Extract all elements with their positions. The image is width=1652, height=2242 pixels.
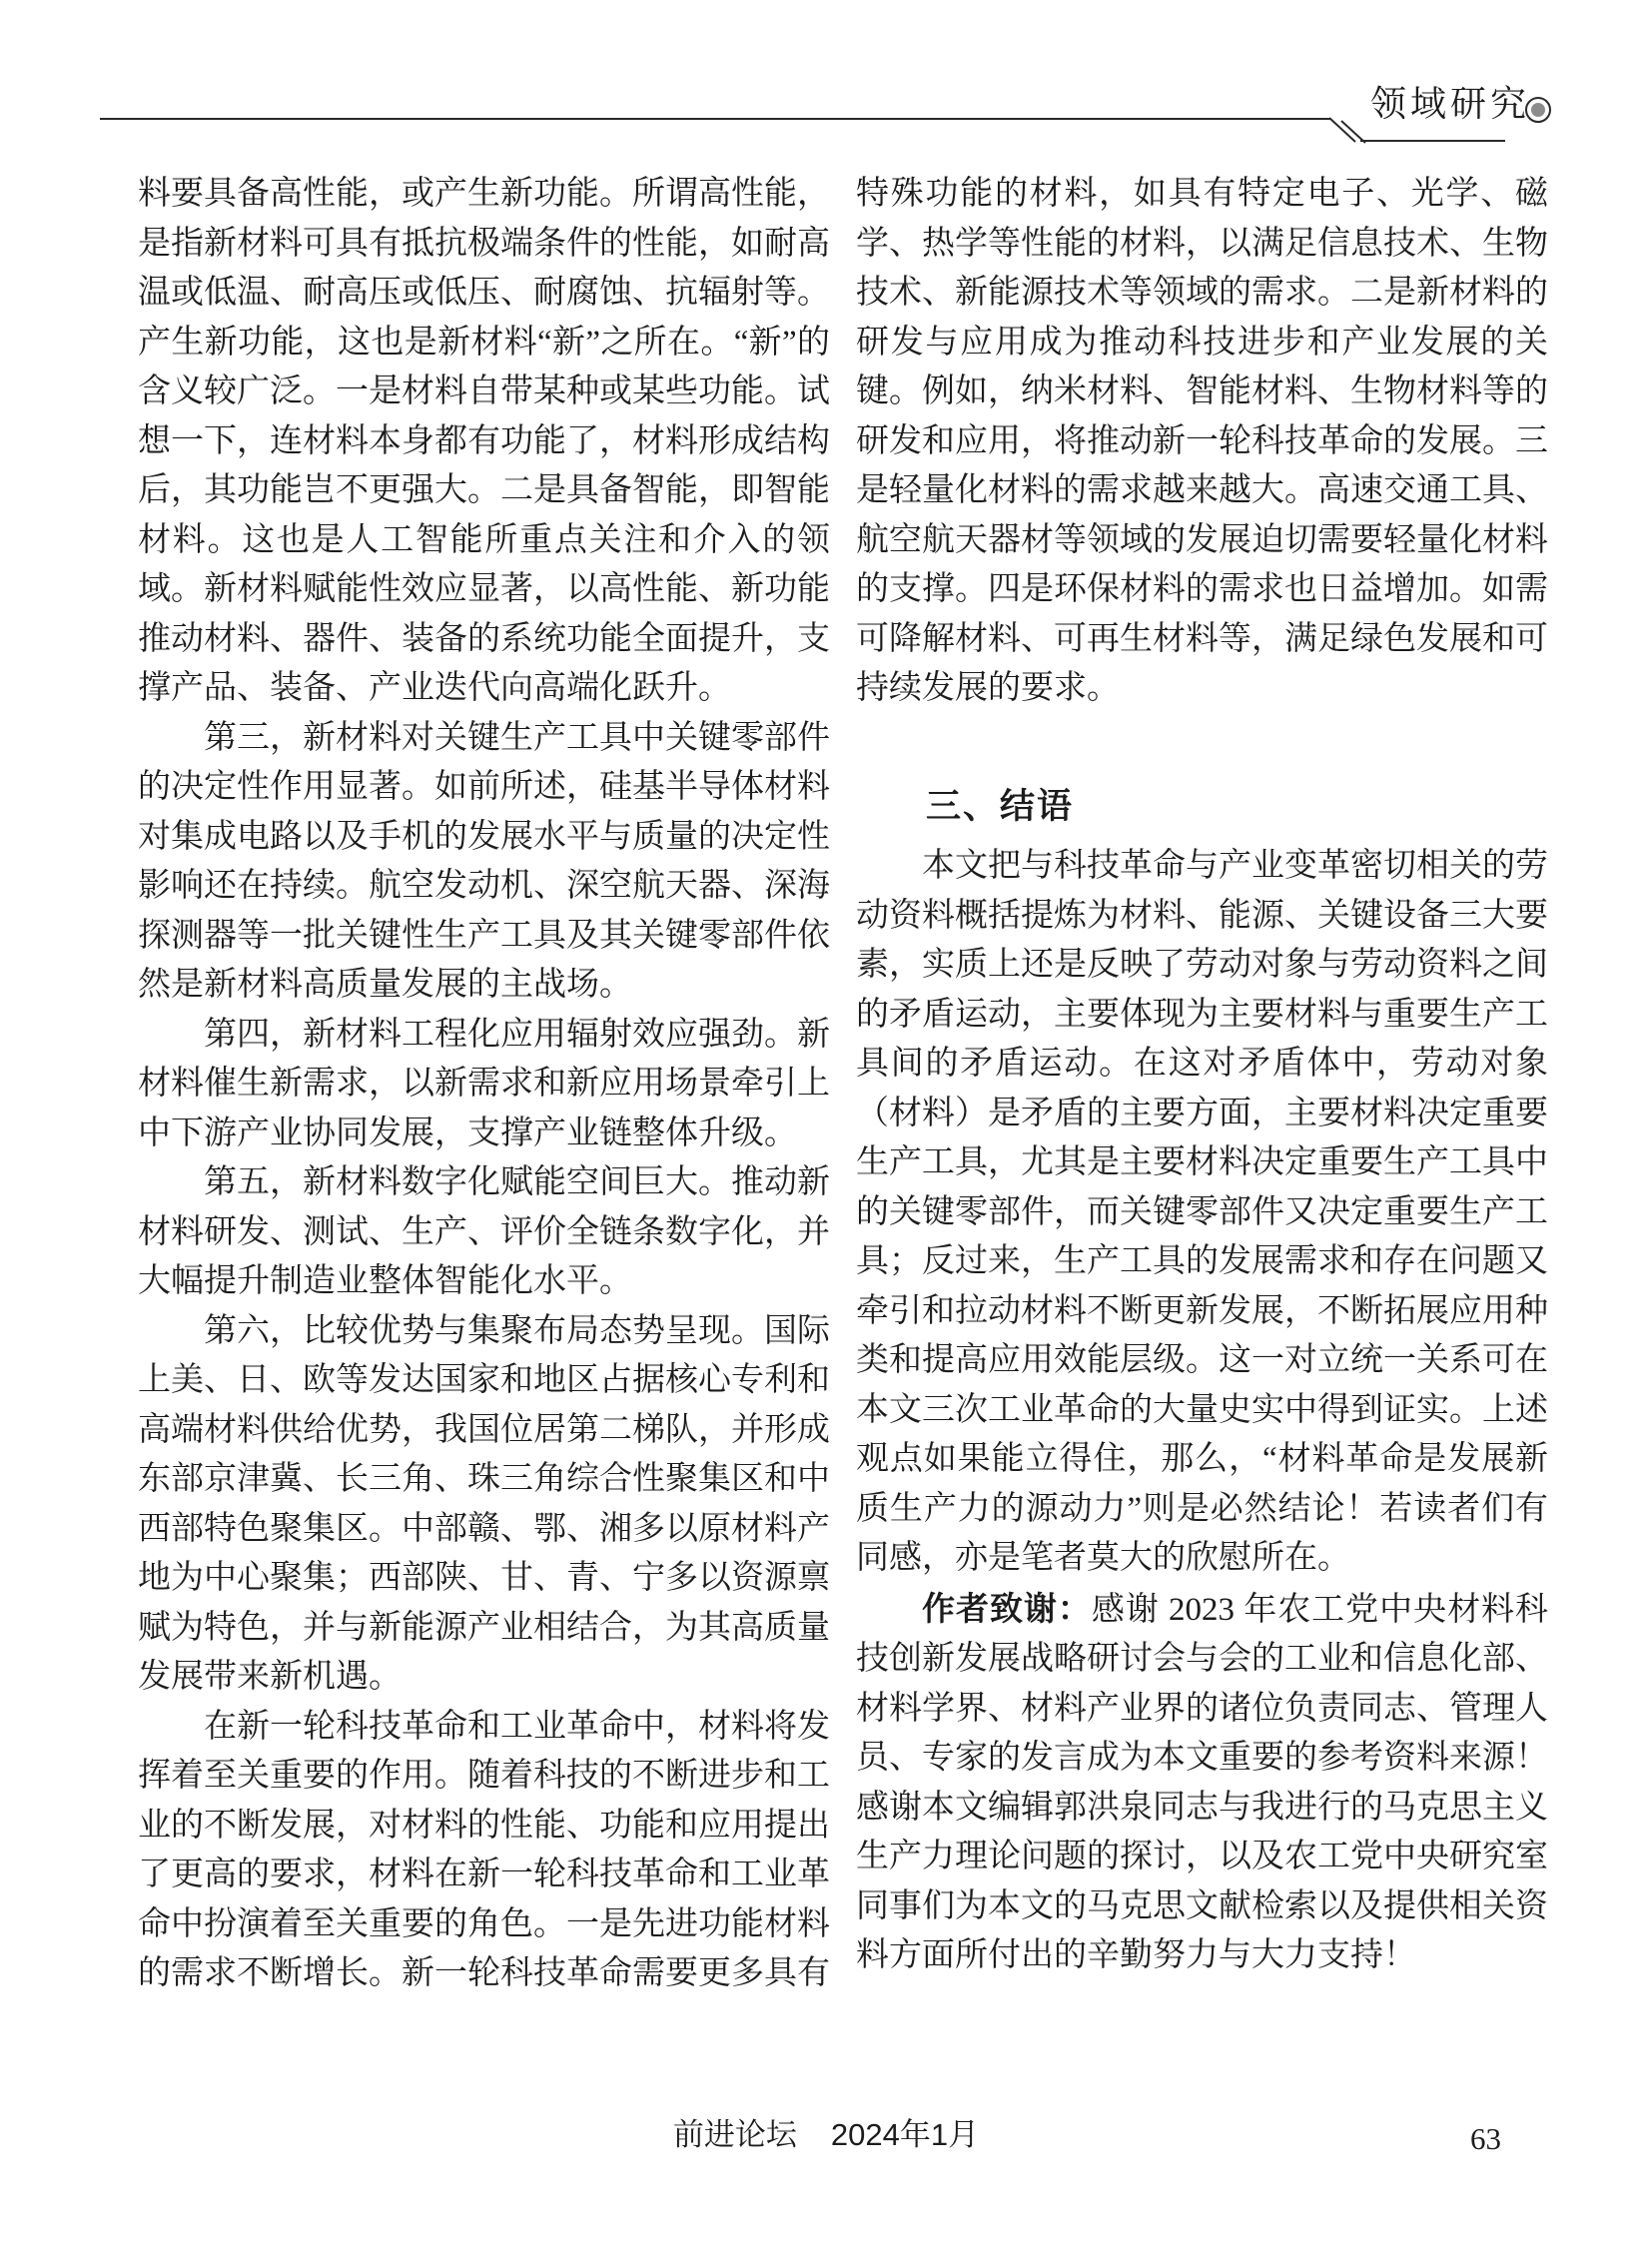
conclusion-section-heading: 三、结语	[856, 782, 1548, 832]
body-paragraph: 料要具备高性能，或产生新功能。所谓高性能，是指新材料可具有抵抗极端条件的性能，如…	[138, 170, 830, 714]
body-paragraph: 第五，新材料数字化赋能空间巨大。推动新材料研发、测试、生产、评价全链条数字化，并…	[138, 1158, 830, 1307]
acknowledgement-text: 感谢 2023 年农工党中央材料科技创新发展战略研讨会与会的工业和信息化部、材料…	[856, 1592, 1548, 1974]
body-paragraph: 第四，新材料工程化应用辐射效应强劲。新材料催生新需求，以新需求和新应用场景牵引上…	[138, 1011, 830, 1159]
footer: 前进论坛2024年1月	[0, 2115, 1652, 2155]
footer-issue-date: 2024年1月	[831, 2117, 979, 2152]
body-paragraph: 在新一轮科技革命和工业革命中，材料将发挥着至关重要的作用。随着科技的不断进步和工…	[138, 1703, 830, 1999]
body-paragraph: 第六，比较优势与集聚布局态势呈现。国际上美、日、欧等发达国家和地区占据核心专利和…	[138, 1307, 830, 1703]
body-paragraph: 特殊功能的材料，如具有特定电子、光学、磁学、热学等性能的材料，以满足信息技术、生…	[856, 170, 1548, 714]
journal-page: 领域研究 料要具备高性能，或产生新功能。所谓高性能，是指新材料可具有抵抗极端条件…	[0, 0, 1652, 2242]
acknowledgement-paragraph: 作者致谢：感谢 2023 年农工党中央材料科技创新发展战略研讨会与会的工业和信息…	[856, 1584, 1548, 1981]
right-text-column: 特殊功能的材料，如具有特定电子、光学、磁学、热学等性能的材料，以满足信息技术、生…	[856, 170, 1548, 1981]
bullseye-icon-dot	[1531, 103, 1545, 117]
acknowledgement-label: 作者致谢：	[922, 1590, 1092, 1627]
conclusion-paragraph: 本文把与科技革命与产业变革密切相关的劳动资料概括提炼为材料、能源、关键设备三大要…	[856, 842, 1548, 1584]
left-text-column: 料要具备高性能，或产生新功能。所谓高性能，是指新材料可具有抵抗极端条件的性能，如…	[138, 170, 830, 1999]
bullseye-icon	[1525, 97, 1551, 123]
footer-journal-name: 前进论坛	[673, 2117, 797, 2152]
body-paragraph: 第三，新材料对关键生产工具中关键零部件的决定性作用显著。如前所述，硅基半导体材料…	[138, 714, 830, 1011]
page-number: 63	[1470, 2119, 1501, 2159]
header-section-label: 领域研究	[1370, 84, 1530, 124]
